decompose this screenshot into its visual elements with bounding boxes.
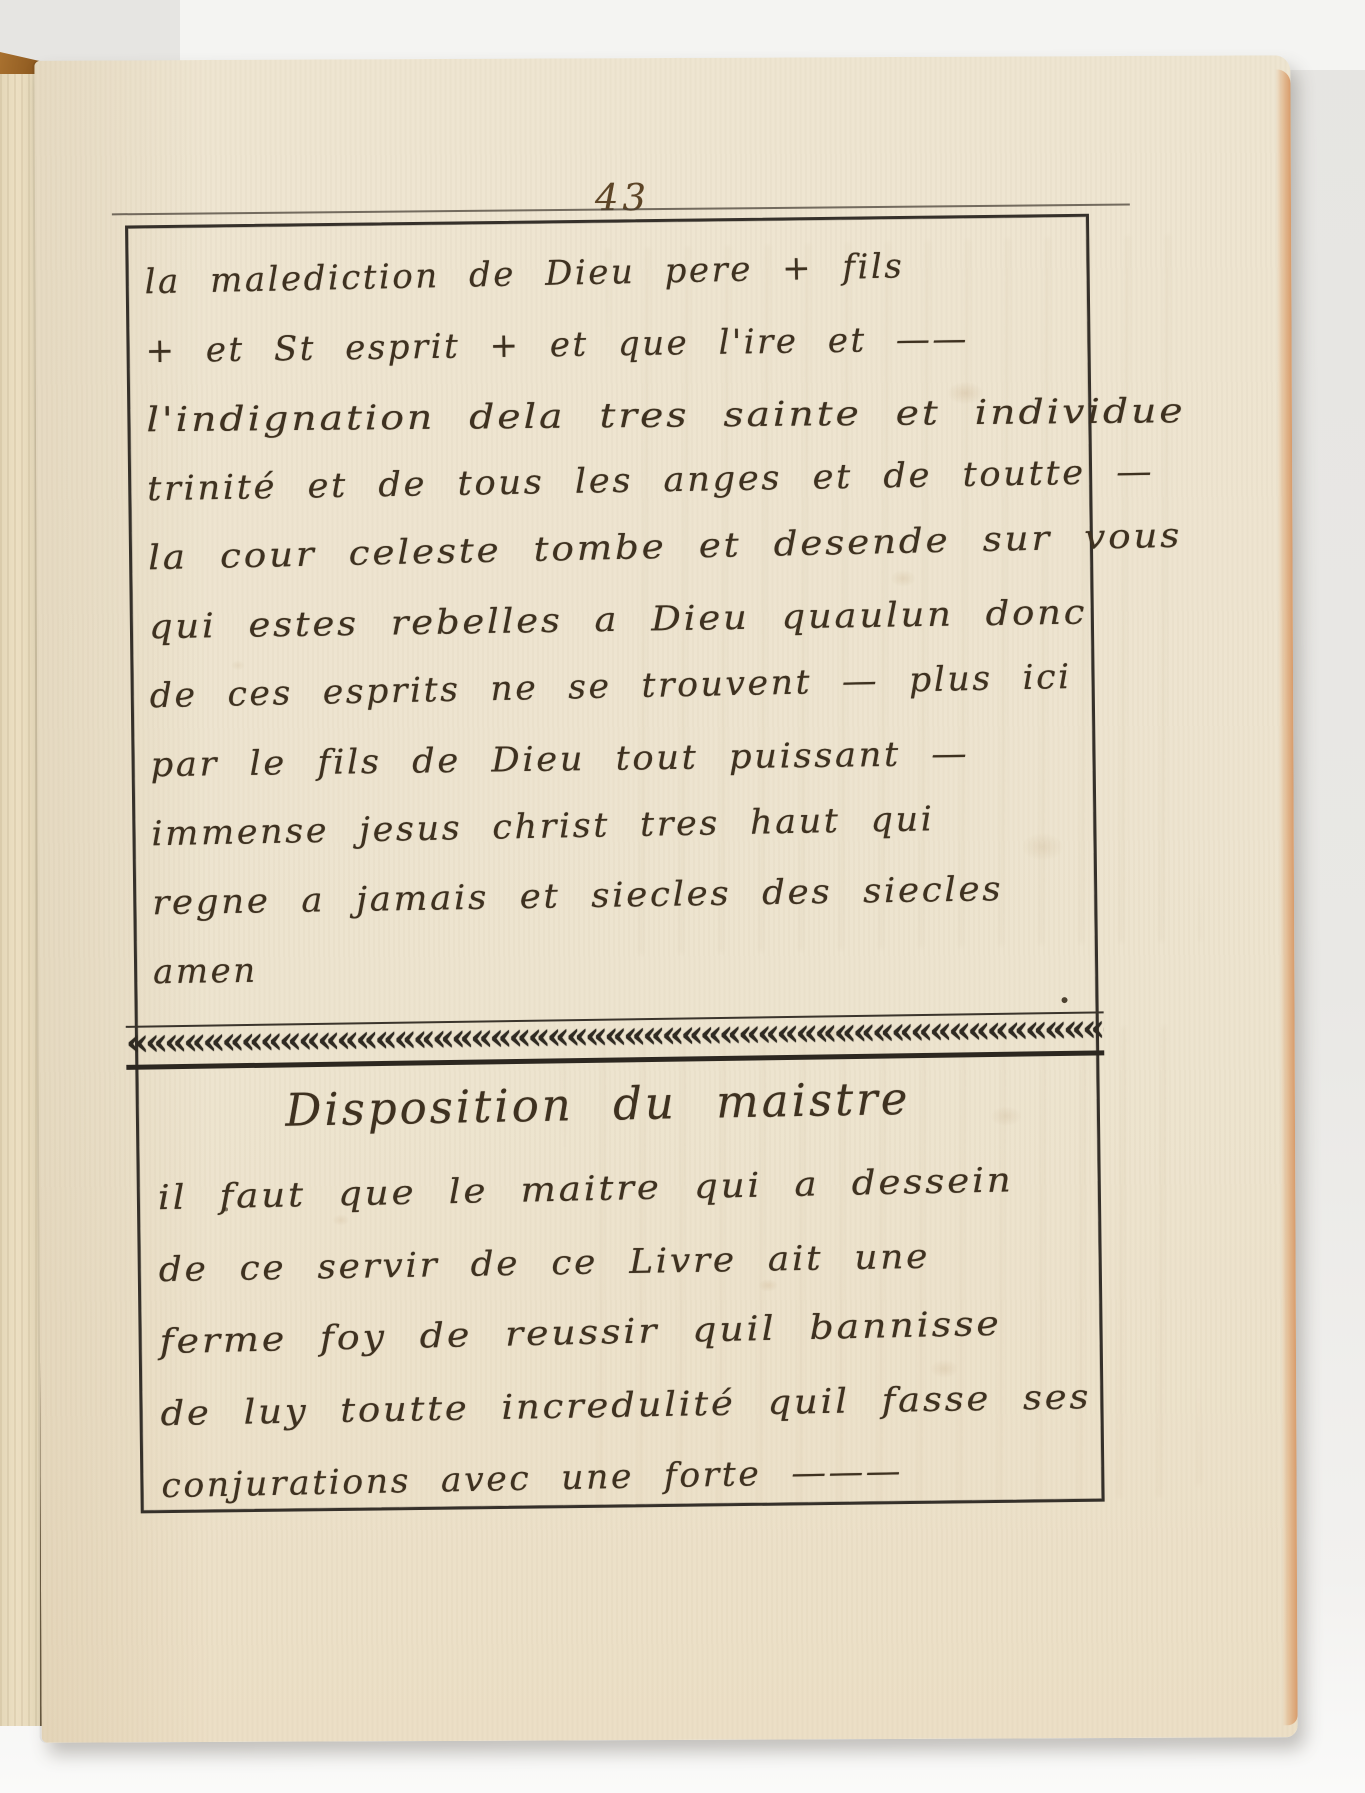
- page-number: 43: [595, 176, 650, 219]
- manuscript-line: + et St esprit + et que l'ire et ——: [145, 302, 1178, 386]
- manuscript-scan: 43 la malediction de Dieu pere + fils + …: [0, 0, 1365, 1793]
- ink-speck: [1062, 997, 1068, 1003]
- ink-speck: [224, 1207, 228, 1211]
- text-frame: la malediction de Dieu pere + fils + et …: [125, 214, 1105, 1514]
- curse-paragraph: la malediction de Dieu pere + fils + et …: [144, 236, 1185, 1008]
- chevron-pattern: ««««««««««««««««««««««««««««««««««««««««…: [126, 1013, 1104, 1058]
- section-heading: Disposition du maistre: [138, 1056, 1057, 1154]
- leaf-fore-edge-tint: [1275, 69, 1297, 1725]
- manuscript-line: amen: [153, 924, 1186, 1007]
- manuscript-page: 43 la malediction de Dieu pere + fils + …: [34, 55, 1297, 1742]
- disposition-paragraph: il faut que le maitre qui a dessein de c…: [157, 1150, 1161, 1522]
